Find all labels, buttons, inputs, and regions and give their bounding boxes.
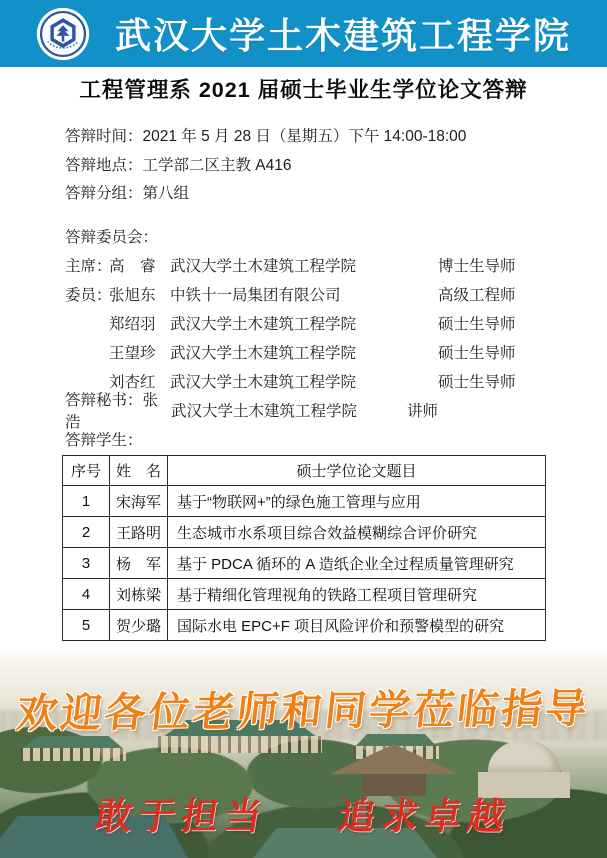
motto-right-phrase: 追求卓越 bbox=[335, 797, 513, 838]
secretary-affiliation: 武汉大学土木建筑工程学院 bbox=[171, 399, 407, 421]
secretary-title: 讲师 bbox=[407, 399, 438, 421]
committee-heading: 答辩委员会： bbox=[65, 225, 158, 247]
committee-title: 博士生导师 bbox=[438, 254, 516, 276]
table-row: 5 贺少璐 国际水电 EPC+F 项目风险评价和预警模型的研究 bbox=[63, 610, 546, 641]
committee-role: 主席： bbox=[65, 254, 109, 276]
committee-title: 高级工程师 bbox=[438, 283, 516, 305]
students-heading: 答辩学生： bbox=[65, 428, 143, 450]
campus-building bbox=[20, 748, 126, 761]
defense-group-line: 答辩分组：第八组 bbox=[65, 181, 189, 203]
table-row: 2 王路明 生态城市水系项目综合效益模糊综合评价研究 bbox=[63, 517, 546, 548]
committee-affiliation: 中铁十一局集团有限公司 bbox=[170, 283, 438, 305]
table-header-row: 序号 姓 名 硕士学位论文题目 bbox=[63, 456, 546, 486]
welcome-overlay-text: 欢迎各位老师和同学莅临指导 bbox=[0, 675, 607, 739]
column-header-name: 姓 名 bbox=[110, 456, 168, 486]
main-hall-building bbox=[158, 736, 322, 753]
table-row: 4 刘栋梁 基于精细化管理视角的铁路工程项目管理研究 bbox=[63, 579, 546, 610]
committee-affiliation: 武汉大学土木建筑工程学院 bbox=[170, 312, 438, 334]
committee-title: 硕士生导师 bbox=[438, 341, 516, 363]
student-no: 5 bbox=[63, 610, 110, 641]
table-row: 1 宋海军 基于“物联网+”的绿色施工管理与应用 bbox=[63, 486, 546, 517]
header-banner: 武汉大学土木建筑工程学院 bbox=[0, 0, 607, 67]
committee-member-name: 王望珍 bbox=[109, 341, 170, 363]
student-thesis-title: 基于 PDCA 循环的 A 造纸企业全过程质量管理研究 bbox=[168, 548, 546, 579]
committee-member-name: 郑绍羽 bbox=[109, 312, 170, 334]
event-subtitle: 工程管理系 2021 届硕士毕业生学位论文答辩 bbox=[0, 73, 607, 104]
committee-member-name: 高 睿 bbox=[109, 254, 170, 276]
school-name-title: 武汉大学土木建筑工程学院 bbox=[115, 8, 571, 59]
secretary-label: 答辩秘书：张浩 bbox=[65, 388, 171, 432]
committee-title: 硕士生导师 bbox=[438, 312, 516, 334]
student-name: 王路明 bbox=[110, 517, 168, 548]
column-header-title: 硕士学位论文题目 bbox=[168, 456, 546, 486]
student-no: 1 bbox=[63, 486, 110, 517]
motto-overlay-text: 敢于担当 追求卓越 bbox=[0, 786, 607, 840]
committee-title: 硕士生导师 bbox=[438, 370, 516, 392]
committee-row-chair: 主席： 高 睿 武汉大学土木建筑工程学院 博士生导师 bbox=[65, 250, 577, 279]
committee-member-name: 张旭东 bbox=[109, 283, 170, 305]
committee-row-member: 王望珍 武汉大学土木建筑工程学院 硕士生导师 bbox=[65, 337, 577, 366]
defense-time-line: 答辩时间：2021 年 5 月 28 日（星期五）下午 14:00-18:00 bbox=[65, 124, 466, 146]
committee-affiliation: 武汉大学土木建筑工程学院 bbox=[170, 370, 438, 392]
student-thesis-title: 国际水电 EPC+F 项目风险评价和预警模型的研究 bbox=[168, 610, 546, 641]
table-row: 3 杨 军 基于 PDCA 循环的 A 造纸企业全过程质量管理研究 bbox=[63, 548, 546, 579]
campus-photo: 欢迎各位老师和同学莅临指导 敢于担当 追求卓越 bbox=[0, 648, 607, 858]
student-thesis-title: 生态城市水系项目综合效益模糊综合评价研究 bbox=[168, 517, 546, 548]
student-no: 2 bbox=[63, 517, 110, 548]
committee-row-member: 委员： 张旭东 中铁十一局集团有限公司 高级工程师 bbox=[65, 279, 577, 308]
student-name: 刘栋梁 bbox=[110, 579, 168, 610]
defense-place-line: 答辩地点：工学部二区主教 A416 bbox=[65, 153, 292, 175]
student-no: 4 bbox=[63, 579, 110, 610]
student-no: 3 bbox=[63, 548, 110, 579]
column-header-no: 序号 bbox=[63, 456, 110, 486]
student-thesis-title: 基于精细化管理视角的铁路工程项目管理研究 bbox=[168, 579, 546, 610]
student-name: 贺少璐 bbox=[110, 610, 168, 641]
committee-affiliation: 武汉大学土木建筑工程学院 bbox=[170, 341, 438, 363]
student-name: 宋海军 bbox=[110, 486, 168, 517]
motto-left-phrase: 敢于担当 bbox=[92, 797, 270, 838]
committee-role: 委员： bbox=[65, 283, 109, 305]
committee-row-secretary: 答辩秘书：张浩 武汉大学土木建筑工程学院 讲师 bbox=[65, 395, 577, 424]
university-emblem-icon bbox=[35, 6, 91, 62]
student-thesis-title: 基于“物联网+”的绿色施工管理与应用 bbox=[168, 486, 546, 517]
committee-row-member: 郑绍羽 武汉大学土木建筑工程学院 硕士生导师 bbox=[65, 308, 577, 337]
students-table: 序号 姓 名 硕士学位论文题目 1 宋海军 基于“物联网+”的绿色施工管理与应用… bbox=[62, 455, 546, 641]
committee-list: 主席： 高 睿 武汉大学土木建筑工程学院 博士生导师 委员： 张旭东 中铁十一局… bbox=[65, 250, 577, 424]
student-name: 杨 军 bbox=[110, 548, 168, 579]
committee-affiliation: 武汉大学土木建筑工程学院 bbox=[170, 254, 438, 276]
